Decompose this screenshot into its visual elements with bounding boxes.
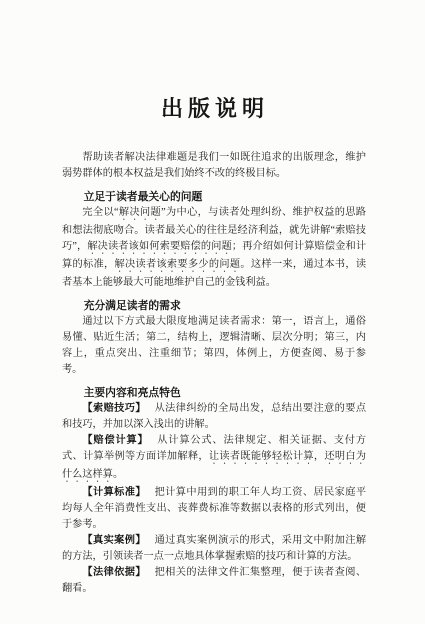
- text-run: 主要内容和亮点特色: [84, 387, 181, 399]
- paragraph: 通过以下方式最大限度地满足读者需求：第一，语言上，通俗易懂、贴近生活；第二，结构…: [62, 314, 366, 378]
- feature-label: 【赔偿计算】: [82, 435, 148, 446]
- section-heading: 主要内容和亮点特色: [62, 385, 366, 401]
- text-run: 立足于读者最关心的问题: [84, 191, 203, 203]
- section-heading: 立足于读者最关心的问题: [62, 189, 366, 205]
- feature-label: 【计算标准】: [82, 487, 146, 498]
- paragraph: 【真实案例】通过真实案例演示的形式，采用文中附加注解的方法，引领读者一点一点地具…: [62, 533, 366, 565]
- page-body: 帮助读者解决法律难题是我们一如既往追求的出版理念，维护弱势群体的根本权益是我们始…: [62, 150, 366, 597]
- feature-label: 【法律依据】: [82, 567, 146, 578]
- book-page: 出版说明 帮助读者解决法律难题是我们一如既往追求的出版理念，维护弱势群体的根本权…: [0, 0, 425, 624]
- emphasized-text: 让读者既能够轻松计算: [209, 451, 314, 462]
- feature-label: 【索赔技巧】: [82, 403, 146, 414]
- paragraph: 帮助读者解决法律难题是我们一如既往追求的出版理念，维护弱势群体的根本权益是我们始…: [62, 150, 366, 182]
- emphasized-text: 解决问题: [119, 207, 162, 218]
- text-run: ，: [314, 451, 325, 462]
- section-heading: 充分满足读者的需求: [62, 298, 366, 314]
- paragraph: 【赔偿计算】从计算公式、法律规定、相关证据、支付方式、计算举例等方面详加解释，让…: [62, 433, 366, 485]
- feature-label: 【真实案例】: [82, 535, 146, 546]
- text-run: 通过以下方式最大限度地满足读者需求：第一，语言上，通俗易懂、贴近生活；第二，结构…: [62, 316, 366, 375]
- text-run: 充分满足读者的需求: [84, 300, 181, 312]
- page-title: 出版说明: [0, 92, 425, 123]
- emphasized-text: 解决读者该索要多少的问题: [114, 259, 240, 270]
- emphasized-text: 解决读者该如何索要赔偿的问题: [87, 241, 232, 252]
- paragraph: 【索赔技巧】从法律纠纷的全局出发，总结出要注意的要点和技巧，并加以深入浅出的讲解…: [62, 401, 366, 433]
- paragraph: 【计算标准】把计算中用到的职工年人均工资、居民家庭平均每人全年消费性支出、丧葬费…: [62, 485, 366, 533]
- paragraph: 完全以“解决问题”为中心，与读者处理纠纷、维护权益的思路和想法彻底吻合。读者最关…: [62, 205, 366, 291]
- text-run: 帮助读者解决法律难题是我们一如既往追求的出版理念，维护弱势群体的根本权益是我们始…: [62, 152, 366, 179]
- text-run: 。: [113, 469, 123, 480]
- text-run: 完全以“: [82, 207, 118, 218]
- paragraph: 【法律依据】把相关的法律文件汇集整理，便于读者查阅、翻看。: [62, 565, 366, 597]
